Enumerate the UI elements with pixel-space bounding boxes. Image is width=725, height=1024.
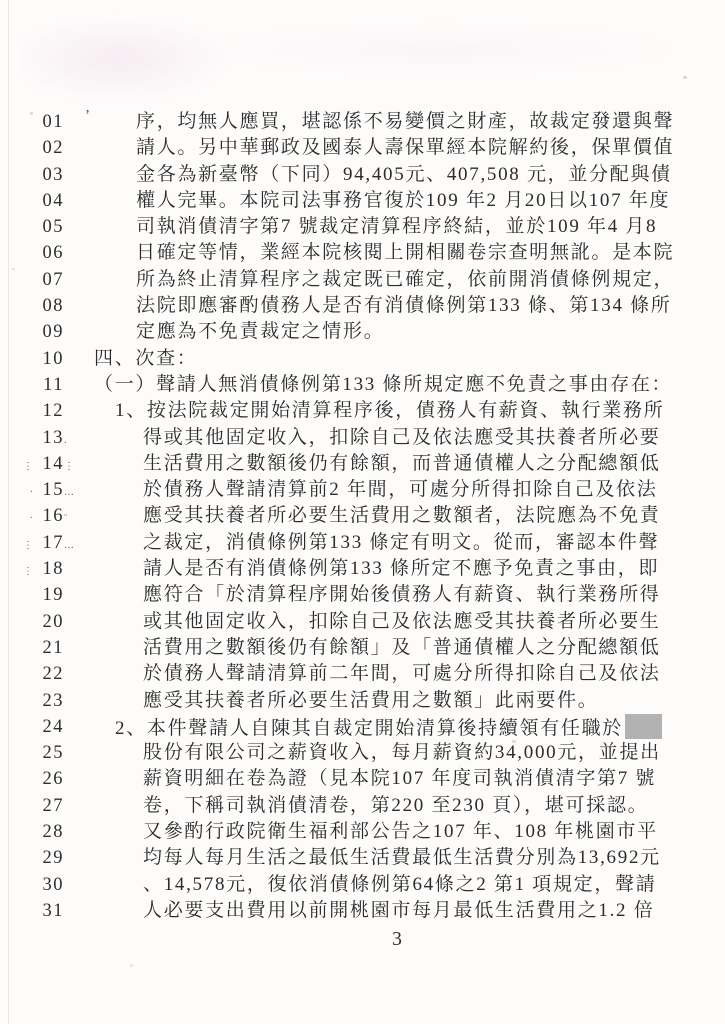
document-line: ⋮ 14 ⋮ 生活費用之數額後仍有餘額，而普通債權人之分配總額低 [0, 451, 725, 477]
line-text: 所為終止清算程序之裁定既已確定，依前開消債條例規定， [136, 267, 674, 293]
line-text: 、14,578元，復依消債條例第64條之2 第1 項規定，聲請 [143, 872, 656, 898]
line-number: 07 [34, 267, 64, 293]
line-number-gutter: 04 [18, 188, 96, 214]
line-number: 23 [34, 688, 64, 714]
line-number-gutter: 21 [18, 635, 96, 661]
line-text: （一）聲請人無消債條例第133 條所規定應不免責之事由存在： [94, 372, 672, 398]
document-line: 26 薪資明細在卷為證（見本院107 年度司執消債清字第7 號 [0, 766, 725, 792]
line-number: 11 [34, 372, 64, 398]
document-line: 01 序，均無人應買，堪認係不易變價之財產，故裁定發還與聲 [0, 109, 725, 135]
line-text: 卷，下稱司執消債清卷，第220 至230 頁），堪可採認。 [143, 793, 648, 819]
line-number: 26 [34, 766, 64, 792]
line-number: 05 [34, 214, 64, 240]
line-text: 應受其扶養者所必要生活費用之數額」此兩要件。 [143, 688, 598, 714]
document-line: 12 1、按法院裁定開始清算程序後，債務人有薪資、執行業務所 [0, 398, 725, 424]
line-number: 22 [34, 661, 64, 687]
document-line: 25 股份有限公司之薪資收入，每月薪資約34,000元，並提出 [0, 740, 725, 766]
line-number-gutter: 01 [18, 109, 96, 135]
line-text: 2、本件聲請人自陳其自裁定開始清算後持續領有任職於 [115, 714, 662, 742]
line-number: 20 [34, 609, 64, 635]
line-number-gutter: 22 [18, 661, 96, 687]
line-number-gutter: ⋮ 14 ⋮ [18, 451, 96, 480]
document-line: 03 金各為新臺幣（下同）94,405元、407,508 元，並分配與債 [0, 162, 725, 188]
line-number-gutter: 10 [18, 346, 96, 372]
document-line: · 16 ¨ 應受其扶養者所必要生活費用之數額者，法院應為不免責 [0, 503, 725, 529]
document-line: 11 （一）聲請人無消債條例第133 條所規定應不免責之事由存在： [0, 372, 725, 398]
line-text: 請人是否有消債條例第133 條所定不應予免責之事由，即 [143, 556, 659, 582]
line-text: 於債務人聲請清算前二年間，可處分所得扣除自己及依法 [143, 661, 661, 687]
line-number: 01 [34, 109, 64, 135]
line-number: 16 [34, 503, 64, 529]
line-text: 於債務人聲請清算前2 年間，可處分所得扣除自己及依法 [143, 477, 657, 503]
line-text: 權人完畢。本院司法事務官復於109 年2 月20日以107 年度 [136, 188, 670, 214]
line-text: 生活費用之數額後仍有餘額，而普通債權人之分配總額低 [143, 451, 661, 477]
line-number-gutter: 24 [18, 714, 96, 740]
line-number: 03 [34, 162, 64, 188]
line-text: 之裁定，消債條例第133 條定有明文。從而，審認本件聲 [143, 530, 659, 556]
line-number-gutter: 13 . [18, 425, 96, 454]
line-text: 人必要支出費用以前開桃園市每月最低生活費用之1.2 倍 [143, 898, 654, 924]
document-line: 28 又參酌行政院衛生福利部公告之107 年、108 年桃園市平 [0, 819, 725, 845]
document-line: 29 均每人每月生活之最低生活費最低生活費分別為13,692元 [0, 845, 725, 871]
line-number: 08 [34, 293, 64, 319]
line-number: 10 [34, 346, 64, 372]
scan-speck [683, 76, 687, 79]
line-text: 金各為新臺幣（下同）94,405元、407,508 元，並分配與債 [136, 162, 672, 188]
line-number: 24 [34, 714, 64, 740]
line-number: 25 [34, 740, 64, 766]
line-number-gutter: · 16 ¨ [18, 503, 96, 532]
document-line: 21 活費用之數額後仍有餘額」及「普通債權人之分配總額低 [0, 635, 725, 661]
line-text: 1、按法院裁定開始清算程序後，債務人有薪資、執行業務所 [115, 398, 664, 424]
line-text: 得或其他固定收入，扣除自己及依法應受其扶養者所必要 [143, 425, 661, 451]
line-number: 15 [34, 477, 64, 503]
line-text: 日確定等情，業經本院核閱上開相關卷宗查明無訛。是本院 [136, 240, 674, 266]
line-text: 股份有限公司之薪資收入，每月薪資約34,000元，並提出 [143, 740, 661, 766]
line-number: 30 [34, 872, 64, 898]
line-number-gutter: 09 [18, 319, 96, 345]
line-number: 12 [34, 398, 64, 424]
line-text: 應受其扶養者所必要生活費用之數額者，法院應為不免責 [143, 503, 661, 529]
line-number-gutter: 27 [18, 793, 96, 819]
document-lines: 01 序，均無人應買，堪認係不易變價之財產，故裁定發還與聲 02 請人。另中華郵… [0, 109, 725, 924]
line-number: 04 [34, 188, 64, 214]
page-number: 3 [70, 929, 725, 951]
line-text: 請人。另中華郵政及國泰人壽保單經本院解約後，保單價值 [136, 135, 674, 161]
line-number: 29 [34, 845, 64, 871]
line-number-gutter: 03 [18, 162, 96, 188]
document-line: 19 應符合「於清算程序開始後債務人有薪資、執行業務所得 [0, 582, 725, 608]
line-number-gutter: 07 [18, 267, 96, 293]
line-number-gutter: 08 [18, 293, 96, 319]
document-line: 06 日確定等情，業經本院核閱上開相關卷宗查明無訛。是本院 [0, 240, 725, 266]
line-number-gutter: 23 [18, 688, 96, 714]
line-number: 02 [34, 135, 64, 161]
document-line: 27 卷，下稱司執消債清卷，第220 至230 頁），堪可採認。 [0, 793, 725, 819]
document-line: ⋮ 18 請人是否有消債條例第133 條所定不應予免責之事由，即 [0, 556, 725, 582]
line-number-gutter: 29 [18, 845, 96, 871]
scan-smudge-top-band [200, 22, 680, 77]
line-number: 19 [34, 582, 64, 608]
line-text: 序，均無人應買，堪認係不易變價之財產，故裁定發還與聲 [136, 109, 674, 135]
line-number: 09 [34, 319, 64, 345]
line-text: 定應為不免責裁定之情形。 [136, 319, 384, 345]
scanned-court-document-page: ʼ 01 序，均無人應買，堪認係不易變價之財產，故裁定發還與聲 02 請人。另中… [0, 0, 725, 1024]
document-line: 23 應受其扶養者所必要生活費用之數額」此兩要件。 [0, 688, 725, 714]
line-number-gutter: 05 [18, 214, 96, 240]
scan-speck [130, 964, 133, 967]
line-text: 薪資明細在卷為證（見本院107 年度司執消債清字第7 號 [143, 766, 656, 792]
line-number-gutter: 19 [18, 582, 96, 608]
line-number-gutter: 25 [18, 740, 96, 766]
line-number: 14 [34, 451, 64, 477]
line-text: 四、次查： [94, 346, 198, 372]
redaction-box [625, 714, 662, 739]
line-number: 21 [34, 635, 64, 661]
document-line: 30 、14,578元，復依消債條例第64條之2 第1 項規定，聲請 [0, 872, 725, 898]
line-number-gutter: 11 [18, 372, 96, 398]
line-number: 17 [34, 530, 64, 556]
line-number-gutter: 20 [18, 609, 96, 635]
line-number: 18 [34, 556, 64, 582]
line-number-gutter: 28 [18, 819, 96, 845]
document-line: 07 所為終止清算程序之裁定既已確定，依前開消債條例規定， [0, 267, 725, 293]
line-text: 又參酌行政院衛生福利部公告之107 年、108 年桃園市平 [143, 819, 658, 845]
line-number: 06 [34, 240, 64, 266]
line-number-gutter: 02 [18, 135, 96, 161]
line-number-gutter: 06 [18, 240, 96, 266]
line-number-gutter: 12 [18, 398, 96, 424]
document-line: 31 人必要支出費用以前開桃園市每月最低生活費用之1.2 倍 [0, 898, 725, 924]
line-number: 28 [34, 819, 64, 845]
document-line: 08 法院即應審酌債務人是否有消債條例第133 條、第134 條所 [0, 293, 725, 319]
document-line: 04 權人完畢。本院司法事務官復於109 年2 月20日以107 年度 [0, 188, 725, 214]
line-text: 活費用之數額後仍有餘額」及「普通債權人之分配總額低 [143, 635, 661, 661]
document-line: 02 請人。另中華郵政及國泰人壽保單經本院解約後，保單價值 [0, 135, 725, 161]
line-text: 或其他固定收入，扣除自己及依法應受其扶養者所必要生 [143, 609, 661, 635]
line-number-gutter: ⋮ 17 … [18, 530, 96, 559]
line-number-gutter: 31 [18, 898, 96, 924]
document-line: 10 四、次查： [0, 346, 725, 372]
line-text: 應符合「於清算程序開始後債務人有薪資、執行業務所得 [143, 582, 661, 608]
line-text: 法院即應審酌債務人是否有消債條例第133 條、第134 條所 [136, 293, 672, 319]
line-text: 均每人每月生活之最低生活費最低生活費分別為13,692元 [143, 845, 661, 871]
line-number-gutter: 30 [18, 872, 96, 898]
line-text: 司執消債清字第7 號裁定清算程序終結，並於109 年4 月8 [136, 214, 657, 240]
line-number-gutter: 26 [18, 766, 96, 792]
document-line: 13 . 得或其他固定收入，扣除自己及依法應受其扶養者所必要 [0, 425, 725, 451]
document-line: 05 司執消債清字第7 號裁定清算程序終結，並於109 年4 月8 [0, 214, 725, 240]
line-number-gutter: ⋮ 18 [18, 556, 96, 585]
line-number: 27 [34, 793, 64, 819]
document-line: 20 或其他固定收入，扣除自己及依法應受其扶養者所必要生 [0, 609, 725, 635]
document-line: 09 定應為不免責裁定之情形。 [0, 319, 725, 345]
document-line: · 15 … 於債務人聲請清算前2 年間，可處分所得扣除自己及依法 [0, 477, 725, 503]
document-line: ⋮ 17 … 之裁定，消債條例第133 條定有明文。從而，審認本件聲 [0, 530, 725, 556]
line-number-gutter: · 15 … [18, 477, 96, 506]
document-line: 22 於債務人聲請清算前二年間，可處分所得扣除自己及依法 [0, 661, 725, 687]
document-line: 24 2、本件聲請人自陳其自裁定開始清算後持續領有任職於 [0, 714, 725, 740]
line-number: 31 [34, 898, 64, 924]
scan-smudge-top-left [22, 14, 237, 104]
line-number: 13 [34, 425, 64, 451]
